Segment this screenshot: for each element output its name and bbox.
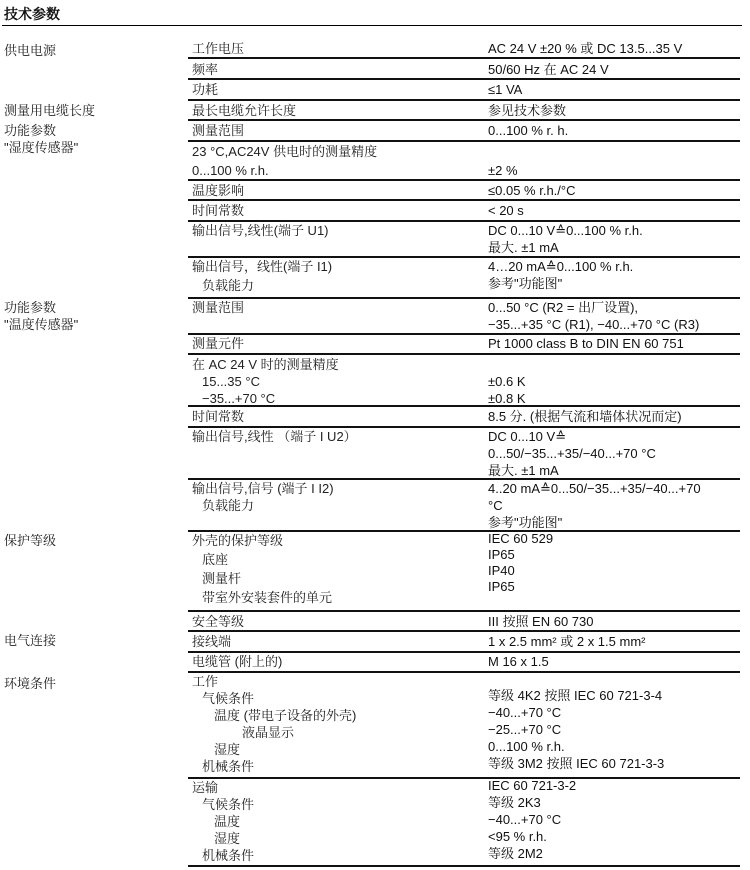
param-label: 输出信号,信号 (端子 I I2) 负载能力 <box>192 480 334 514</box>
section-temperature-sensor: 功能参数 "温度传感器" <box>4 299 78 333</box>
param-value: ±2 % <box>488 143 518 179</box>
row-divider <box>188 865 740 867</box>
param-value: Pt 1000 class B to DIN EN 60 751 <box>488 335 684 352</box>
param-label: 功耗 <box>192 81 218 98</box>
section-electrical-connection: 电气连接 <box>4 632 56 649</box>
row-divider <box>188 119 740 121</box>
section-protection: 保护等级 <box>4 532 56 549</box>
section-cable-length: 测量用电缆长度 <box>4 102 95 119</box>
param-value: 0...50 °C (R2 = 出厂设置), −35...+35 °C (R1)… <box>488 299 699 333</box>
param-value: 4..20 mA≙0...50/−35...+35/−40...+70 °C 参… <box>488 480 701 531</box>
param-value: ≤1 VA <box>488 81 522 98</box>
param-label: 外壳的保护等级 底座 测量杆 带室外安装套件的单元 <box>192 531 332 607</box>
param-value: 0...100 % r. h. <box>488 122 568 139</box>
row-divider <box>188 610 740 612</box>
param-value: 参见技术参数 <box>488 102 566 119</box>
row-divider <box>188 179 740 181</box>
param-label: 工作 气候条件 温度 (带电子设备的外壳) 液晶显示 湿度 机械条件 <box>192 673 356 775</box>
param-value: M 16 x 1.5 <box>488 653 549 670</box>
param-value: ≤0.05 % r.h./°C <box>488 182 575 199</box>
page-title: 技术参数 <box>4 4 60 24</box>
param-label: 测量范围 <box>192 299 244 316</box>
section-power-supply: 供电电源 <box>4 42 56 59</box>
param-label: 频率 <box>192 61 218 78</box>
param-value: IEC 60 529 IP65 IP40 IP65 <box>488 531 553 595</box>
param-value: IEC 60 721-3-2 等级 2K3 −40...+70 °C <95 %… <box>488 777 576 862</box>
param-value: 等级 4K2 按照 IEC 60 721-3-4 −40...+70 °C −2… <box>488 687 664 772</box>
param-value: 4…20 mA≙0...100 % r.h. 参考"功能图" <box>488 258 633 292</box>
param-label: 时间常数 <box>192 408 244 425</box>
row-divider <box>188 199 740 201</box>
section-humidity-sensor: 功能参数 "湿度传感器" <box>4 122 78 156</box>
row-divider <box>188 78 740 80</box>
param-value: < 20 s <box>488 202 524 219</box>
param-value: 1 x 2.5 mm² 或 2 x 1.5 mm² <box>488 633 645 650</box>
param-label: 安全等级 <box>192 613 244 630</box>
section-environment: 环境条件 <box>4 675 56 692</box>
row-divider <box>188 140 740 142</box>
row-divider <box>188 353 740 355</box>
param-value: 50/60 Hz 在 AC 24 V <box>488 61 609 78</box>
param-label: 时间常数 <box>192 202 244 219</box>
row-divider <box>188 57 740 59</box>
param-value: DC 0...10 V≙0...100 % r.h. 最大. ±1 mA <box>488 222 643 256</box>
param-label: 测量元件 <box>192 335 244 352</box>
param-value: DC 0...10 V≙ 0...50/−35...+35/−40...+70 … <box>488 428 656 479</box>
param-value: III 按照 EN 60 730 <box>488 613 594 630</box>
row-divider <box>188 777 740 779</box>
param-label: 输出信号,线性(端子 U1) <box>192 222 329 239</box>
param-value: ±0.6 K ±0.8 K <box>488 356 526 407</box>
param-label: 电缆管 (附上的) <box>192 653 282 670</box>
param-label: 测量范围 <box>192 122 244 139</box>
param-label: 运输 气候条件 温度 湿度 机械条件 <box>192 779 254 864</box>
param-label: 23 °C,AC24V 供电时的测量精度 0...100 % r.h. <box>192 143 377 179</box>
param-label: 输出信号,线性 （端子 I U2） <box>192 428 357 445</box>
param-value: 8.5 分. (根据气流和墙体状况而定) <box>488 408 682 425</box>
param-label: 输出信号，线性(端子 I1) 负载能力 <box>192 258 332 294</box>
param-label: 在 AC 24 V 时的测量精度 15...35 °C −35...+70 °C <box>192 356 339 407</box>
title-divider <box>2 25 742 26</box>
param-label: 温度影响 <box>192 182 244 199</box>
param-label: 接线端 <box>192 633 231 650</box>
param-value: AC 24 V ±20 % 或 DC 13.5...35 V <box>488 40 682 57</box>
param-label: 最长电缆允许长度 <box>192 102 296 119</box>
row-divider <box>188 99 740 101</box>
row-divider <box>188 630 740 632</box>
param-label: 工作电压 <box>192 40 244 57</box>
